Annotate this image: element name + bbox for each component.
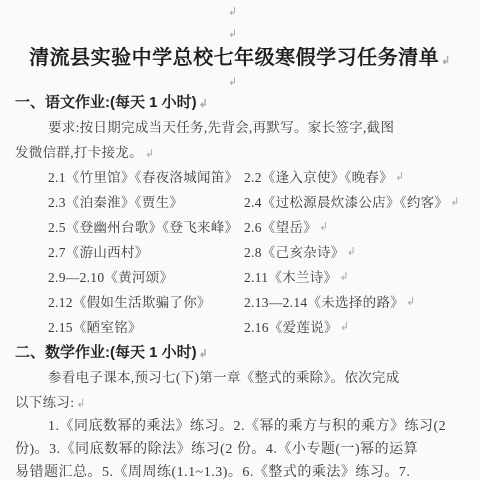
poem-row: 2.12《假如生活欺骗了你》 2.13—2.14《未选择的路》 ↲ — [15, 290, 465, 315]
poem-item: 2.3《泊秦淮》《贾生》 — [48, 190, 244, 215]
poem-item: 2.11《木兰诗》 — [244, 265, 337, 290]
page-title-text: 清流县实验中学总校七年级寒假学习任务清单 — [29, 47, 439, 69]
poem-item: 2.13—2.14《未选择的路》 — [244, 290, 404, 315]
paragraph-mark-icon: ↲ — [347, 240, 357, 265]
poem-row: 2.9—2.10《黄河颂》 2.11《木兰诗》 ↲ — [15, 265, 465, 290]
paragraph-mark-icon: ↲ — [339, 265, 349, 290]
poem-row: 2.1《竹里馆》《春夜洛城闻笛》 2.2《逢入京使》《晚春》 ↲ — [15, 165, 465, 190]
poem-item: 2.9—2.10《黄河颂》 — [48, 265, 244, 290]
math-intro-text: 以下练习: — [15, 395, 74, 410]
paragraph-mark-icon: ↲ — [228, 6, 237, 18]
empty-paragraph-line: ↲ — [15, 22, 465, 44]
document-page: ↲ ↲ 清流县实验中学总校七年级寒假学习任务清单↲ ↲ 一、语文作业:(每天 1… — [0, 0, 480, 480]
section-heading-math-text: 二、数学作业:(每天 1 小时) — [15, 344, 197, 361]
poem-row: 2.7《游山西村》 2.8《己亥杂诗》 ↲ — [15, 240, 465, 265]
empty-paragraph-line: ↲ — [15, 0, 465, 22]
math-intro-line: 参看电子课本,预习七(下)第一章《整式的乘除》。依次完成 — [15, 365, 465, 390]
math-exercise-line: 1.《同底数幂的乘法》练习。2.《幂的乘方与积的乘方》练习(2 — [15, 415, 465, 438]
requirement-text: 发微信群,打卡接龙。 — [15, 145, 143, 160]
section-heading-chinese-text: 一、语文作业:(每天 1 小时) — [15, 94, 197, 111]
empty-paragraph-line: ↲ — [15, 72, 465, 90]
paragraph-mark-icon: ↲ — [199, 98, 208, 110]
section-heading-chinese: 一、语文作业:(每天 1 小时)↲ — [15, 90, 465, 115]
paragraph-mark-icon: ↲ — [441, 55, 451, 67]
math-intro-line: 以下练习:↲ — [15, 390, 465, 415]
poem-row: 2.5《登幽州台歌》《登飞来峰》 2.6《望岳》 ↲ — [15, 215, 465, 240]
poem-item: 2.7《游山西村》 — [48, 240, 244, 265]
poem-item: 2.15《陋室铭》 — [48, 315, 244, 340]
poem-item: 2.6《望岳》 — [244, 215, 317, 240]
math-exercise-line: 易错题汇总。5.《周周练(1.1~1.3)。6.《整式的乘法》练习。7. — [15, 461, 465, 480]
paragraph-mark-icon: ↲ — [450, 190, 460, 215]
paragraph-mark-icon: ↲ — [199, 348, 208, 360]
math-exercise-line: 份)。3.《同底数幂的除法》练习(2 份。4.《小专题(一)幂的运算 — [15, 438, 465, 461]
poem-item: 2.12《假如生活欺骗了你》 — [48, 290, 244, 315]
poem-row: 2.15《陋室铭》 2.16《爱莲说》 ↲ — [15, 315, 465, 340]
paragraph-mark-icon: ↲ — [319, 215, 329, 240]
poem-item: 2.5《登幽州台歌》《登飞来峰》 — [48, 215, 244, 240]
section-heading-math: 二、数学作业:(每天 1 小时)↲ — [15, 340, 465, 365]
paragraph-mark-icon: ↲ — [395, 165, 405, 190]
page-title: 清流县实验中学总校七年级寒假学习任务清单↲ — [15, 44, 465, 72]
paragraph-mark-icon: ↲ — [228, 28, 237, 40]
requirement-line: 要求:按日期完成当天任务,先背会,再默写。家长签字,截图 — [15, 115, 465, 140]
paragraph-mark-icon: ↲ — [228, 76, 237, 88]
paragraph-mark-icon: ↲ — [76, 398, 86, 410]
poem-item: 2.16《爱莲说》 — [244, 315, 338, 340]
poem-item: 2.1《竹里馆》《春夜洛城闻笛》 — [48, 165, 244, 190]
paragraph-mark-icon: ↲ — [145, 148, 155, 160]
requirement-text: 要求:按日期完成当天任务,先背会,再默写。家长签字,截图 — [48, 120, 394, 135]
poem-item: 2.4《过松源晨炊漆公店》《约客》 — [244, 190, 448, 215]
math-exercise-text: 份)。3.《同底数幂的除法》练习(2 份。4.《小专题(一)幂的运算 — [15, 442, 418, 457]
math-intro-text: 参看电子课本,预习七(下)第一章《整式的乘除》。依次完成 — [48, 370, 400, 385]
poem-row: 2.3《泊秦淮》《贾生》 2.4《过松源晨炊漆公店》《约客》 ↲ — [15, 190, 465, 215]
paragraph-mark-icon: ↲ — [340, 315, 350, 340]
math-exercise-text: 1.《同底数幂的乘法》练习。2.《幂的乘方与积的乘方》练习(2 — [48, 419, 446, 434]
requirement-line: 发微信群,打卡接龙。↲ — [15, 140, 465, 165]
paragraph-mark-icon: ↲ — [406, 290, 416, 315]
math-exercise-text: 易错题汇总。5.《周周练(1.1~1.3)。6.《整式的乘法》练习。7. — [15, 465, 410, 480]
poem-item: 2.8《己亥杂诗》 — [244, 240, 345, 265]
poem-item: 2.2《逢入京使》《晚春》 — [244, 165, 393, 190]
